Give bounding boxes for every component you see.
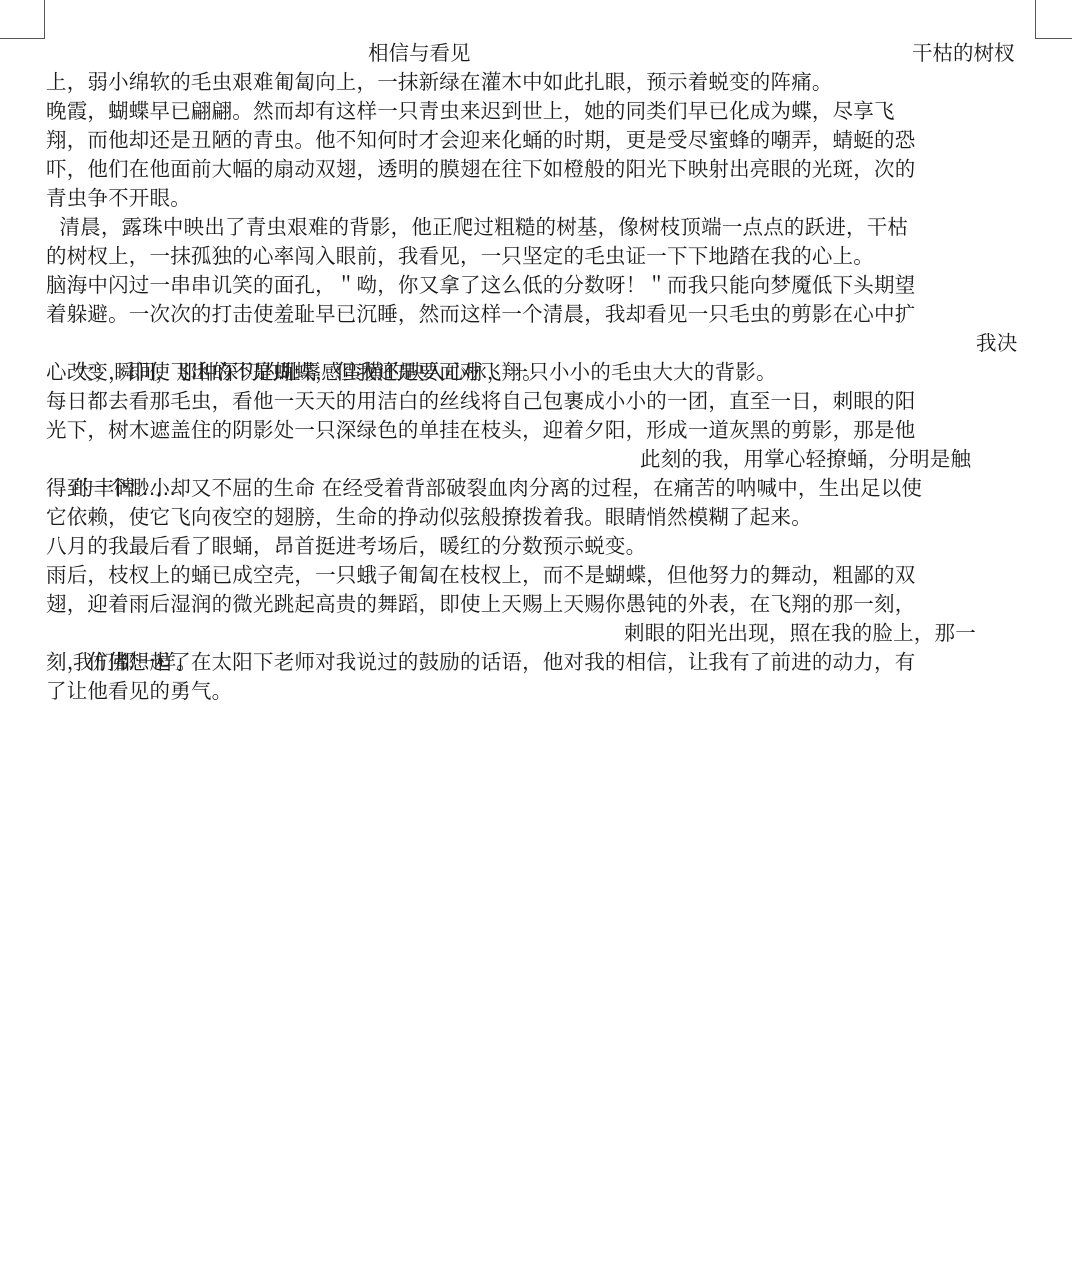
text-line: 的丰碑…… 此刻的我，用掌心轻撩蛹，分明是触 <box>46 445 1036 474</box>
line-text: 翅，迎着雨后湿润的微光跳起高贵的舞蹈，即使上天赐上天赐你愚钝的外表，在飞翔的那一… <box>46 592 915 616</box>
text-line: 八月的我最后看了眼蛹，昂首挺进考场后，暖红的分数预示蜕变。 <box>46 532 1036 561</box>
line-text: 青虫争不开眼。 <box>46 186 191 210</box>
line-tail-text: 我决 <box>976 329 1017 358</box>
line-text: 脑海中闪过一串串讥笑的面孔，＂呦，你又拿了这么低的分数呀！＂而我只能向梦魇低下头… <box>46 273 915 297</box>
text-line: 刻，仿佛想起了在太阳下老师对我说过的鼓励的话语，他对我的相信，让我有了前进的动力… <box>46 648 1036 677</box>
text-line: 脑海中闪过一串串讥笑的面孔，＂呦，你又拿了这么低的分数呀！＂而我只能向梦魇低下头… <box>46 271 1036 300</box>
line-text: 晚霞，蝴蝶早已翩翩。然而却有这样一只青虫来迟到世上，她的同类们早已化成为蝶，尽享… <box>46 99 895 123</box>
line-text: 上，弱小绵软的毛虫艰难匍匐向上，一抹新绿在灌木中如此扎眼，预示着蜕变的阵痛。 <box>46 70 833 94</box>
line-text: 翔，而他却还是丑陋的青虫。他不知何时才会迎来化蛹的时期，更是受尽蜜蜂的嘲弄，蜻蜓… <box>46 128 915 152</box>
line-text: 得到一个渺小却又不屈的生命 在经受着背部破裂血肉分离的过程，在痛苦的呐喊中，生出… <box>46 476 922 500</box>
line-text: 雨后，枝杈上的蛹已成空壳，一只蛾子匍匐在枝杈上，而不是蝴蝶，但他努力的舞动，粗鄙… <box>46 563 915 587</box>
text-line: 翔，而他却还是丑陋的青虫。他不知何时才会迎来化蛹的时期，更是受尽蜜蜂的嘲弄，蜻蜓… <box>46 126 1036 155</box>
text-line: 了让他看见的勇气。 <box>46 677 1036 706</box>
text-line: 它依赖，使它飞向夜空的翅膀，生命的挣动似弦般撩拨着我。眼睛悄然模糊了起来。 <box>46 503 1036 532</box>
text-line: 青虫争不开眼。 <box>46 184 1036 213</box>
text-line: 着躲避。一次次的打击使羞耻早已沉睡，然而这样一个清晨，我却看见一只毛虫的剪影在心… <box>46 300 1036 329</box>
line-tail-text: 刺眼的阳光出现，照在我的脸上，那一 <box>624 619 976 648</box>
line-text: 清晨，露珠中映出了青虫艰难的背影，他正爬过粗糙的树基，像树枝顶端一点点的跃进，干… <box>46 215 908 239</box>
text-line: 心改变，即使飞出的不是蝴蝶，但我还是要面对飞翔。 <box>46 358 1036 387</box>
text-line: 清晨，露珠中映出了青虫艰难的背影，他正爬过粗糙的树基，像树枝顶端一点点的跃进，干… <box>46 213 1036 242</box>
line-text: 它依赖，使它飞向夜空的翅膀，生命的挣动似弦般撩拨着我。眼睛悄然模糊了起来。 <box>46 505 812 529</box>
text-line: 光下，树木遮盖住的阴影处一只深绿色的单挂在枝头，迎着夕阳，形成一道灰黑的剪影，那… <box>46 416 1036 445</box>
text-line: 得到一个渺小却又不屈的生命 在经受着背部破裂血肉分离的过程，在痛苦的呐喊中，生出… <box>46 474 1036 503</box>
text-line: 的树杈上，一抹孤独的心率闯入眼前，我看见，一只坚定的毛虫证一下下地踏在我的心上。 <box>46 242 1036 271</box>
line-text: 了让他看见的勇气。 <box>46 679 232 703</box>
text-line: 翅，迎着雨后湿润的微光跳起高贵的舞蹈，即使上天赐上天赐你愚钝的外表，在飞翔的那一… <box>46 590 1036 619</box>
line-text: 的树杈上，一抹孤独的心率闯入眼前，我看见，一只坚定的毛虫证一下下地踏在我的心上。 <box>46 244 874 268</box>
line-text: 光下，树木遮盖住的阴影处一只深绿色的单挂在枝头，迎着夕阳，形成一道灰黑的剪影，那… <box>46 418 915 442</box>
document-page: 相信与看见 干枯的树杈 上，弱小绵软的毛虫艰难匍匐向上，一抹新绿在灌木中如此扎眼… <box>46 38 1036 706</box>
text-line: 晚霞，蝴蝶早已翩翩。然而却有这样一只青虫来迟到世上，她的同类们早已化成为蝶，尽享… <box>46 97 1036 126</box>
document-header: 相信与看见 干枯的树杈 <box>46 38 1036 68</box>
line-text: 每日都去看那毛虫，看他一天天的用洁白的丝线将自己包裹成小小的一团，直至一日，刺眼… <box>46 389 915 413</box>
text-line: 我们都一样。 刺眼的阳光出现，照在我的脸上，那一 <box>46 619 1036 648</box>
line-text: 八月的我最后看了眼蛹，昂首挺进考场后，暖红的分数预示蜕变。 <box>46 534 646 558</box>
text-line: 吓，他们在他面前大幅的扇动双翅，透明的膜翅在往下如橙般的阳光下映射出亮眼的光斑，… <box>46 155 1036 184</box>
line-text: 吓，他们在他面前大幅的扇动双翅，透明的膜翅在往下如橙般的阳光下映射出亮眼的光斑，… <box>46 157 915 181</box>
document-title: 相信与看见 <box>368 38 471 68</box>
text-line: 上，弱小绵软的毛虫艰难匍匐向上，一抹新绿在灌木中如此扎眼，预示着蜕变的阵痛。 <box>46 68 1036 97</box>
header-right-text: 干枯的树杈 <box>912 38 1015 68</box>
text-line: 每日都去看那毛虫，看他一天天的用洁白的丝线将自己包裹成小小的一团，直至一日，刺眼… <box>46 387 1036 416</box>
crop-mark-top-left <box>0 0 45 39</box>
line-tail-text: 此刻的我，用掌心轻撩蛹，分明是触 <box>640 445 971 474</box>
text-line: 大；瞬间，那种深切的耻辱感蛮横的映入心脉，一只小小的毛虫大大的背影。 我决 <box>46 329 1036 358</box>
line-text: 着躲避。一次次的打击使羞耻早已沉睡，然而这样一个清晨，我却看见一只毛虫的剪影在心… <box>46 302 915 326</box>
line-text: 心改变，即使飞出的不是蝴蝶，但我还是要面对飞翔。 <box>46 360 543 384</box>
crop-mark-top-right <box>1035 0 1072 39</box>
line-text: 刻，仿佛想起了在太阳下老师对我说过的鼓励的话语，他对我的相信，让我有了前进的动力… <box>46 650 915 674</box>
text-line: 雨后，枝杈上的蛹已成空壳，一只蛾子匍匐在枝杈上，而不是蝴蝶，但他努力的舞动，粗鄙… <box>46 561 1036 590</box>
